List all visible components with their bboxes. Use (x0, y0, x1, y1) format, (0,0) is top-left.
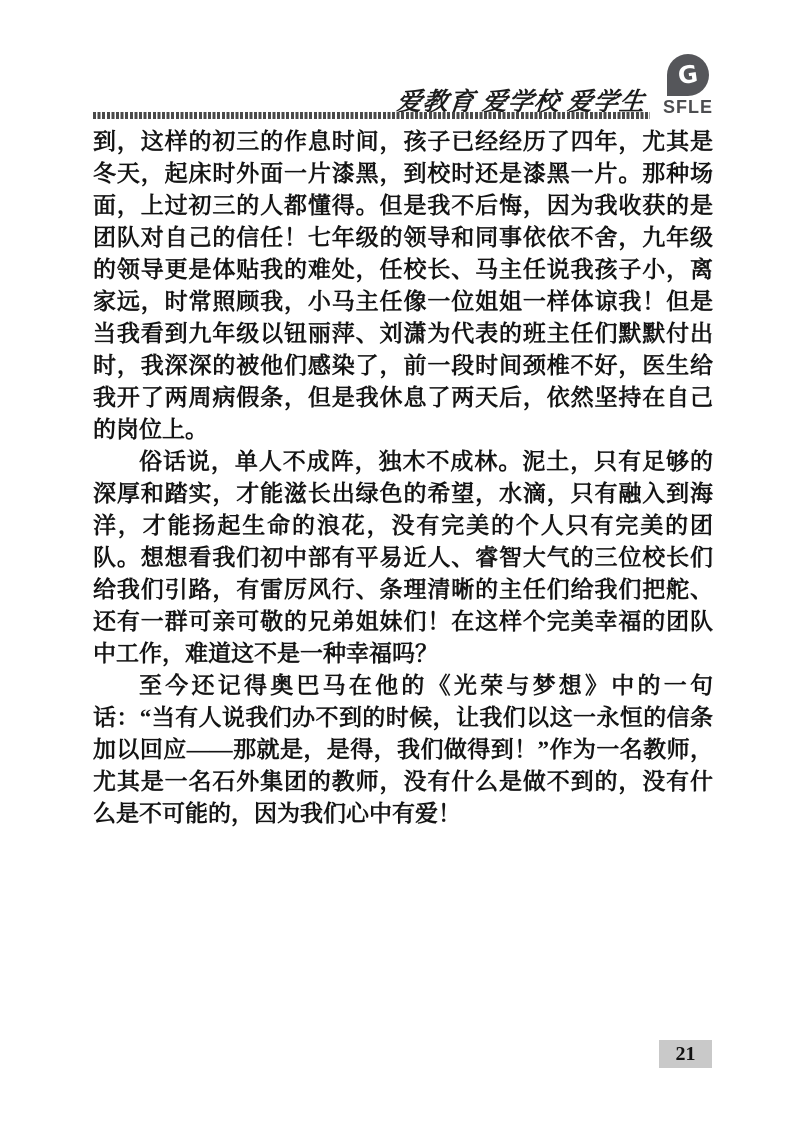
paragraph-1: 到，这样的初三的作息时间，孩子已经经历了四年，尤其是冬天，起床时外面一片漆黑，到… (93, 126, 713, 446)
logo-text: SFLE (658, 97, 718, 118)
header-dotted-divider (93, 112, 650, 119)
paragraph-2: 俗话说，单人不成阵，独木不成林。泥土，只有足够的深厚和踏实，才能滋长出绿色的希望… (93, 446, 713, 670)
logo-g-glyph: G (677, 62, 700, 89)
g-drop-logo-icon: G (667, 54, 709, 96)
page-number-badge: 21 (659, 1040, 712, 1068)
paragraph-3: 至今还记得奥巴马在他的《光荣与梦想》中的一句话：“当有人说我们办不到的时候，让我… (93, 670, 713, 830)
document-body: 到，这样的初三的作息时间，孩子已经经历了四年，尤其是冬天，起床时外面一片漆黑，到… (93, 126, 713, 830)
sfle-logo: G SFLE (658, 54, 718, 118)
scanned-book-page: 爱教育 爱学校 爱学生 G SFLE 到，这样的初三的作息时间，孩子已经经历了四… (0, 0, 803, 1134)
